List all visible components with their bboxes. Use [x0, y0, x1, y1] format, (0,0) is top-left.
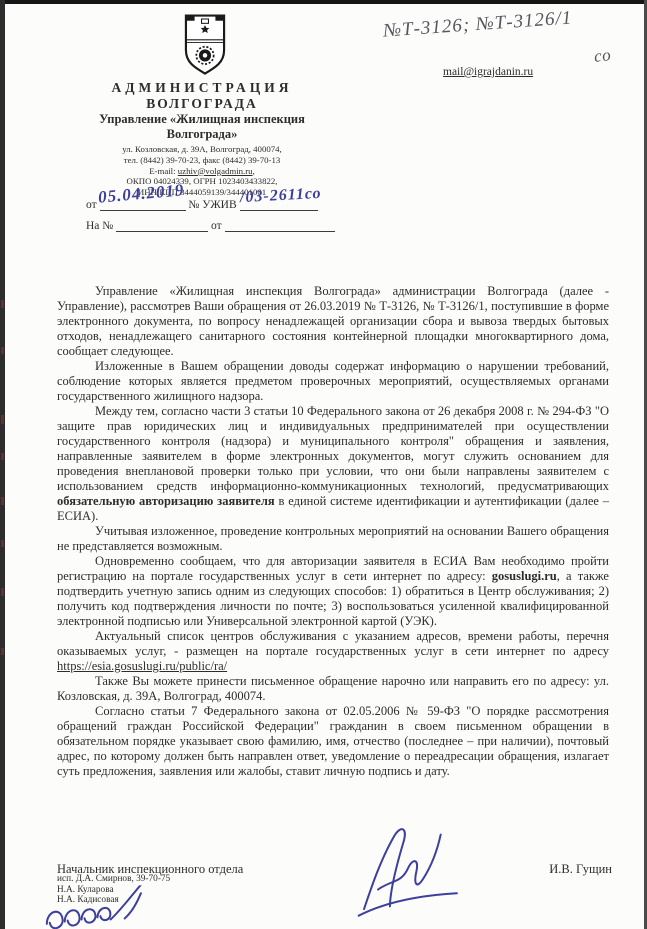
paragraph: Между тем, согласно части 3 статьи 10 Фе… — [57, 404, 609, 524]
text-segment: Управление «Жилищная инспекция Волгоград… — [57, 284, 609, 358]
org-department-line1: Управление «Жилищная инспекция — [52, 112, 352, 127]
paragraph: Одновременно сообщаем, что для авторизац… — [57, 554, 609, 629]
scan-artifact — [1, 453, 4, 460]
scan-border-top — [0, 0, 647, 4]
paragraph: Также Вы можете принести письменное обра… — [57, 674, 609, 704]
paragraph: Управление «Жилищная инспекция Волгоград… — [57, 284, 609, 359]
document-page: АДМИНИСТРАЦИЯ ВОЛГОГРАДА Управление «Жил… — [0, 0, 647, 929]
text-segment: Между тем, согласно части 3 статьи 10 Фе… — [57, 404, 609, 493]
scan-artifact — [1, 497, 4, 505]
letter-body: Управление «Жилищная инспекция Волгоград… — [57, 284, 609, 779]
text-segment: исп. Д.А. Смирнов, 39-70-75 — [57, 874, 170, 884]
signer-name: И.В. Гущин — [532, 862, 612, 877]
scan-artifact — [1, 540, 4, 547]
executor-signature-ink — [39, 884, 167, 929]
handwritten-case-numbers: №Т-3126; №Т-3126/1 — [382, 7, 573, 42]
handwritten-mark: со — [593, 45, 613, 67]
text-segment: E-mail: — [149, 166, 178, 176]
text-segment: Согласно статьи 7 Федерального закона от… — [57, 704, 609, 778]
link-text[interactable]: uzhiv@volgadmin.ru — [178, 166, 253, 176]
reply-na-label: На № — [86, 220, 113, 232]
reply-number-field — [116, 220, 208, 232]
scan-artifact — [1, 300, 4, 308]
recipient-email-link[interactable]: mail@igrajdanin.ru — [443, 66, 533, 78]
org-name-line2: ВОЛГОГРАДА — [52, 96, 352, 112]
paragraph: Согласно статьи 7 Федерального закона от… — [57, 704, 609, 779]
scan-artifact — [1, 415, 4, 424]
paragraph: Учитывая изложенное, проведение контроль… — [57, 524, 609, 554]
link-text[interactable]: https://esia.gosuslugi.ru/public/ra/ — [57, 659, 227, 673]
org-name-line1: АДМИНИСТРАЦИЯ — [52, 80, 352, 96]
scan-border-left — [0, 0, 5, 929]
address-line: E-mail: uzhiv@volgadmin.ru, — [52, 166, 352, 177]
address-line: ул. Козловская, д. 39А, Волгоград, 40007… — [52, 144, 352, 155]
scan-artifact — [1, 588, 4, 596]
signature-ink — [344, 818, 478, 919]
text-segment: Также Вы можете принести письменное обра… — [57, 674, 609, 703]
reply-date-field — [225, 220, 335, 232]
text-segment: gosuslugi.ru — [492, 569, 557, 583]
text-segment: тел. (8442) 39-70-23, факс (8442) 39-70-… — [124, 155, 281, 165]
paragraph: Актуальный список центров обслуживания с… — [57, 629, 609, 674]
text-segment: ул. Козловская, д. 39А, Волгоград, 40007… — [122, 144, 282, 154]
scan-artifact — [1, 347, 4, 354]
ref-number-label: № УЖИВ — [188, 199, 236, 211]
executor-line: исп. Д.А. Смирнов, 39-70-75 — [57, 874, 170, 885]
text-segment: Изложенные в Вашем обращении доводы соде… — [57, 359, 609, 403]
text-segment: Актуальный список центров обслуживания с… — [57, 629, 609, 658]
scan-artifact — [1, 648, 4, 655]
volgograd-crest-icon — [179, 12, 231, 78]
text-segment: обязательную авторизацию заявителя — [57, 494, 275, 508]
text-segment: Учитывая изложенное, проведение контроль… — [57, 524, 609, 553]
org-department-line2: Волгограда» — [52, 127, 352, 142]
paragraph: Изложенные в Вашем обращении доводы соде… — [57, 359, 609, 404]
address-line: тел. (8442) 39-70-23, факс (8442) 39-70-… — [52, 155, 352, 166]
ref-from-label: от — [86, 199, 97, 211]
text-segment: , — [253, 166, 255, 176]
reply-ref-line: На № от — [86, 220, 335, 232]
reply-ot-label: от — [211, 220, 222, 232]
